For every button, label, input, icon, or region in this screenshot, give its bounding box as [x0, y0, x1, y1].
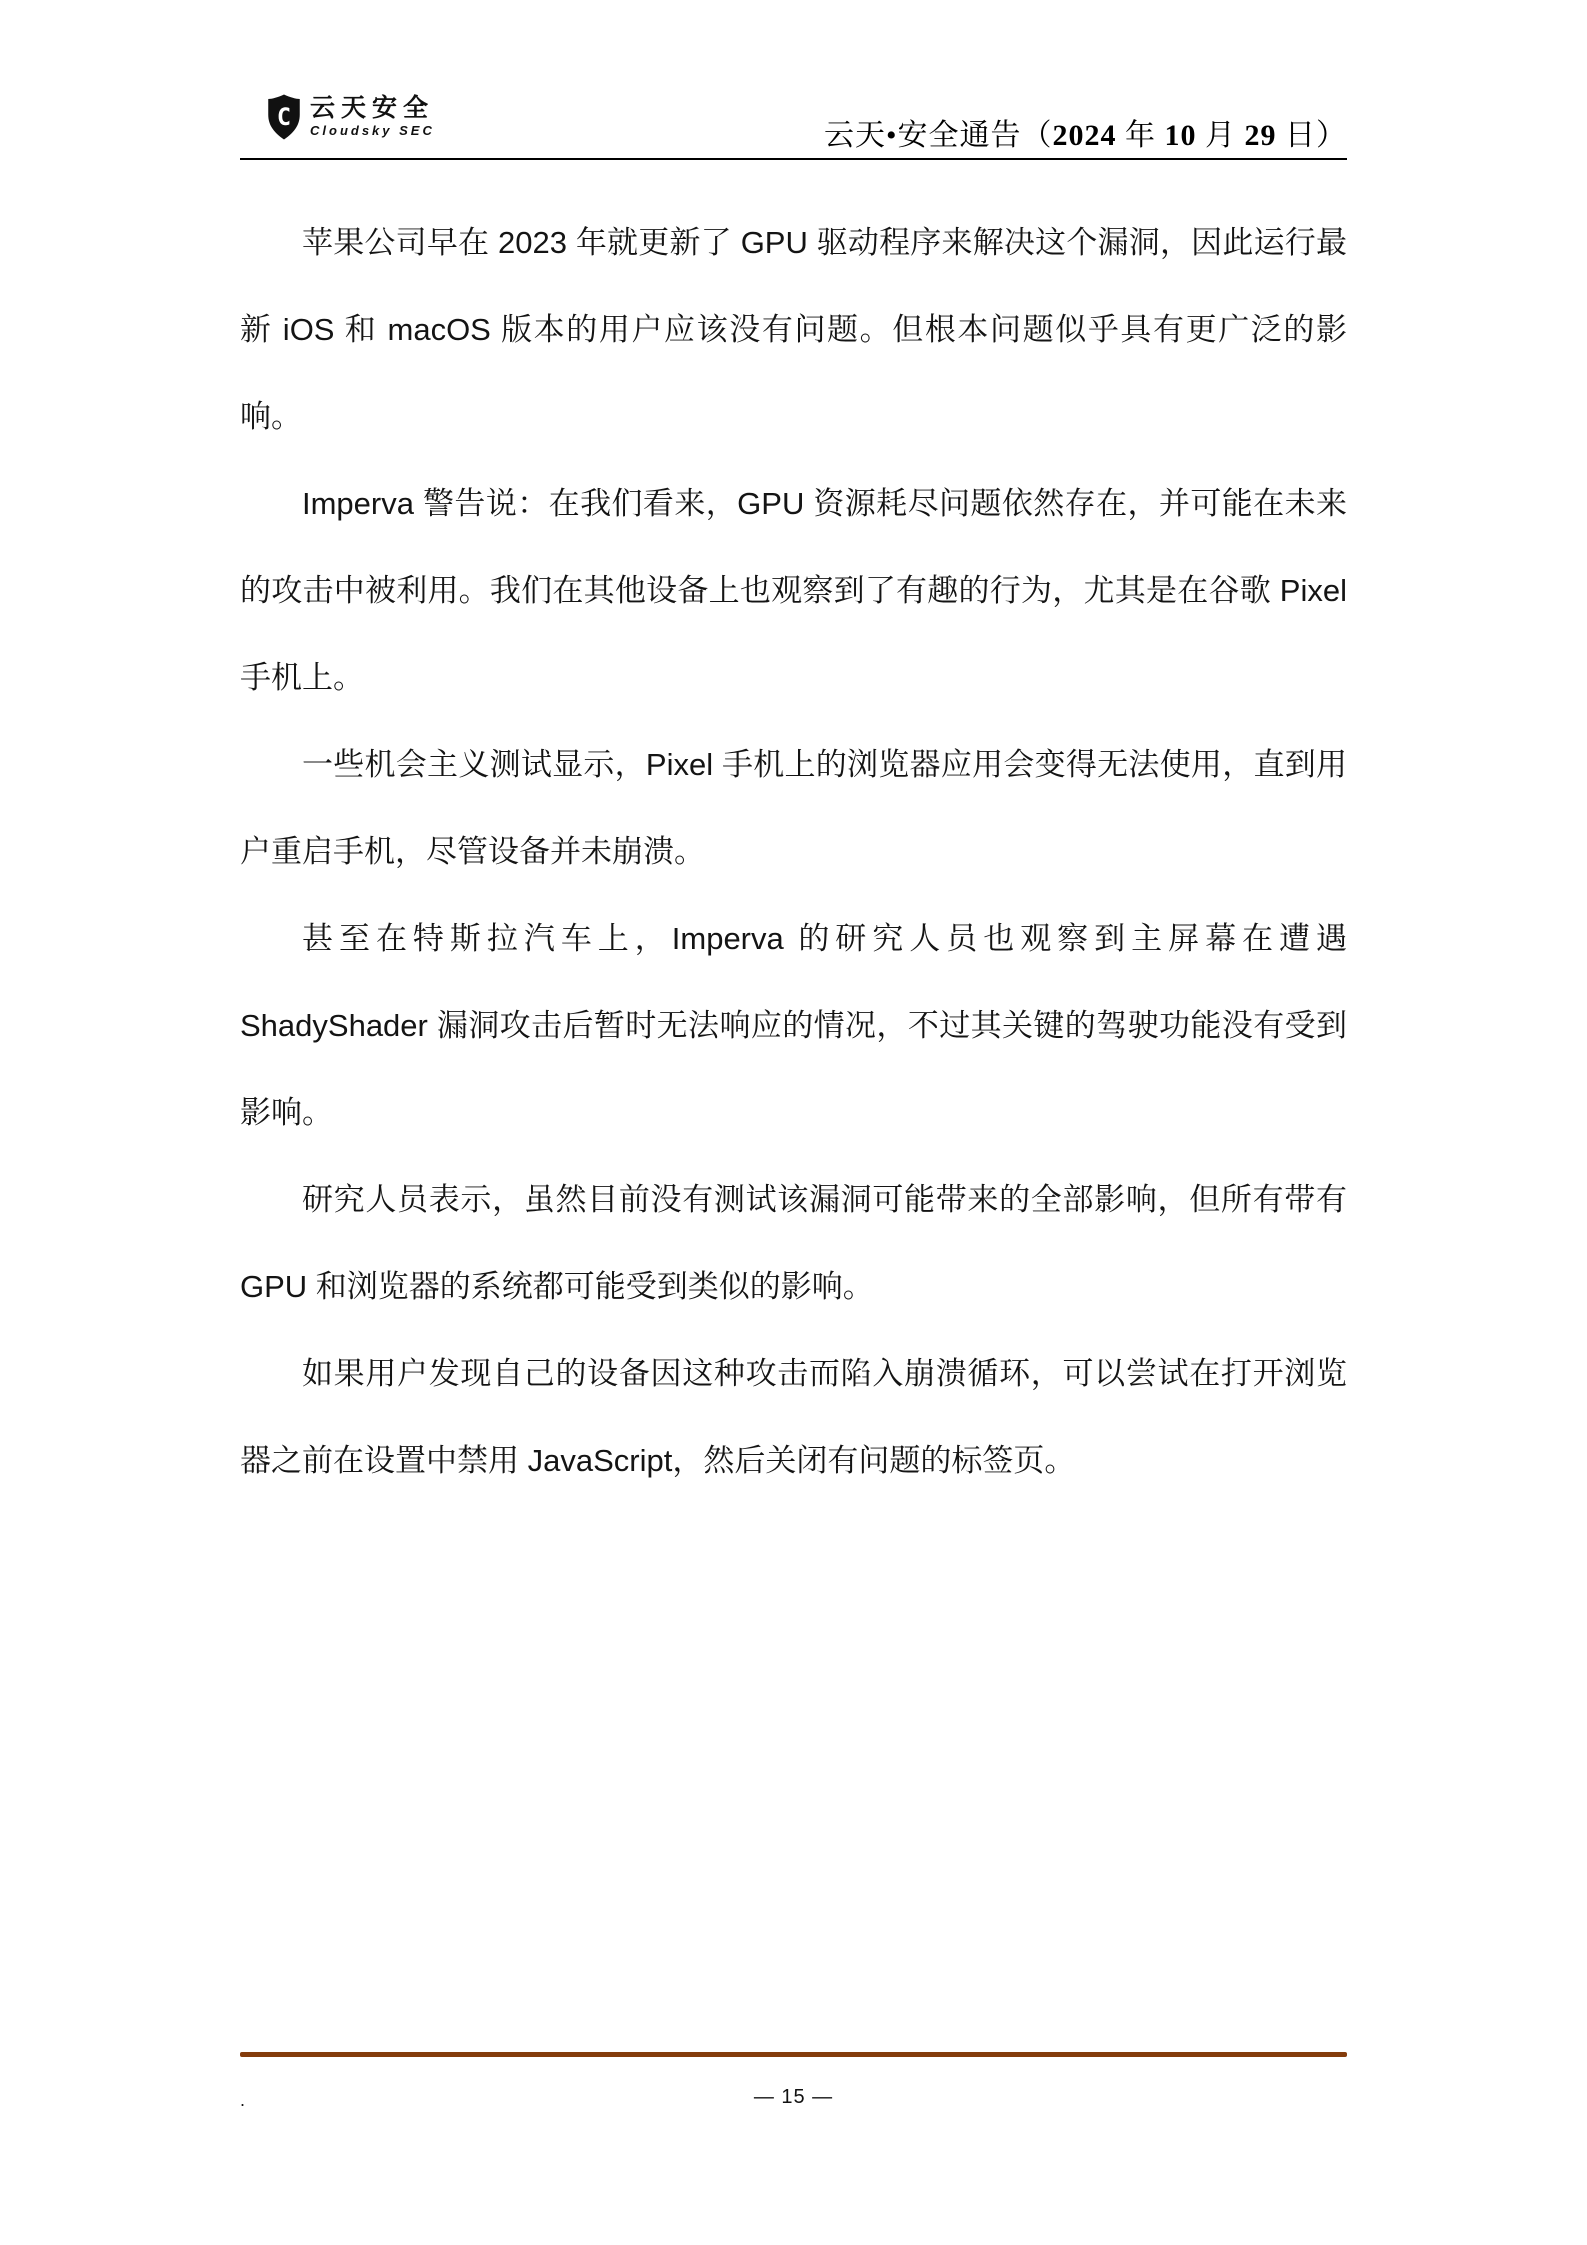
body-paragraphs: 苹果公司早在 2023 年就更新了 GPU 驱动程序来解决这个漏洞，因此运行最新… — [240, 199, 1347, 1504]
paragraph: 甚至在特斯拉汽车上，Imperva 的研究人员也观察到主屏幕在遭遇 ShadyS… — [240, 895, 1347, 1156]
bulletin-title: 云天•安全通告（2024 年 10 月 29 日） — [824, 110, 1347, 154]
document-page: C 云天安全 Cloudsky SEC 云天•安全通告（2024 年 10 月 … — [0, 0, 1587, 2245]
bulletin-title-segment: 10 — [1165, 119, 1197, 152]
paragraph: Imperva 警告说：在我们看来，GPU 资源耗尽问题依然存在，并可能在未来的… — [240, 460, 1347, 721]
header-divider — [240, 158, 1347, 160]
paragraph: 如果用户发现自己的设备因这种攻击而陷入崩溃循环，可以尝试在打开浏览器之前在设置中… — [240, 1330, 1347, 1504]
bulletin-title-segment: 2024 — [1053, 119, 1117, 152]
svg-text:C: C — [277, 103, 291, 131]
page-number: — 15 — — [240, 2086, 1347, 2109]
logo-name-en: Cloudsky SEC — [310, 123, 435, 139]
bulletin-title-segment: 年 — [1117, 119, 1165, 152]
bulletin-title-segment: 月 — [1197, 119, 1245, 152]
bulletin-title-segment: 日） — [1277, 119, 1348, 152]
logo-text: 云天安全 Cloudsky SEC — [310, 93, 435, 138]
paragraph: 一些机会主义测试显示，Pixel 手机上的浏览器应用会变得无法使用，直到用户重启… — [240, 721, 1347, 895]
paragraph: 苹果公司早在 2023 年就更新了 GPU 驱动程序来解决这个漏洞，因此运行最新… — [240, 199, 1347, 460]
bulletin-title-segment: 29 — [1245, 119, 1277, 152]
footer-divider — [240, 2052, 1347, 2057]
logo-name-cn: 云天安全 — [310, 95, 435, 123]
logo: C 云天安全 Cloudsky SEC — [266, 93, 435, 141]
paragraph: 研究人员表示，虽然目前没有测试该漏洞可能带来的全部影响，但所有带有 GPU 和浏… — [240, 1156, 1347, 1330]
shield-c-icon: C — [266, 93, 302, 141]
bulletin-title-segment: 云天•安全通告（ — [824, 119, 1053, 152]
